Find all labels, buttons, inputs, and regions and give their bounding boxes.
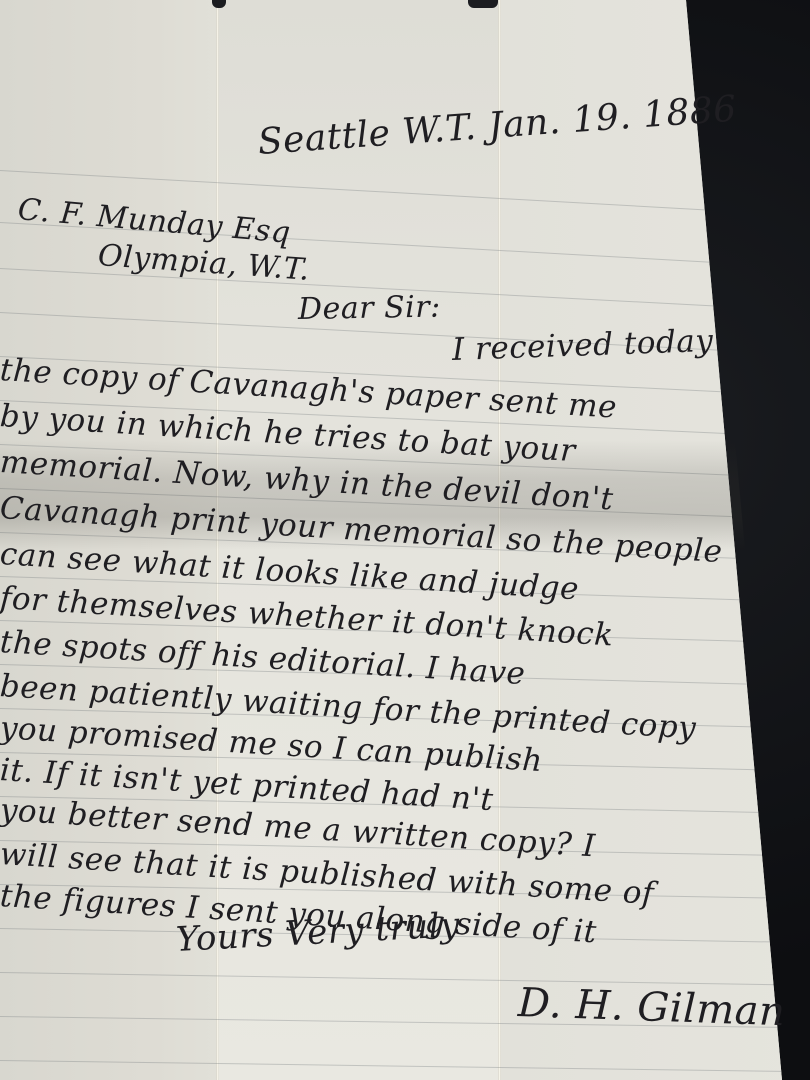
salutation: Dear Sir: xyxy=(298,290,441,327)
ruled-line xyxy=(0,1060,810,1072)
paper-notch xyxy=(468,0,498,8)
signature: D. H. Gilman xyxy=(517,980,786,1035)
ruled-line xyxy=(0,972,810,986)
photo-scene: Seattle W.T. Jan. 19. 1886 C. F. Munday … xyxy=(0,0,810,1080)
